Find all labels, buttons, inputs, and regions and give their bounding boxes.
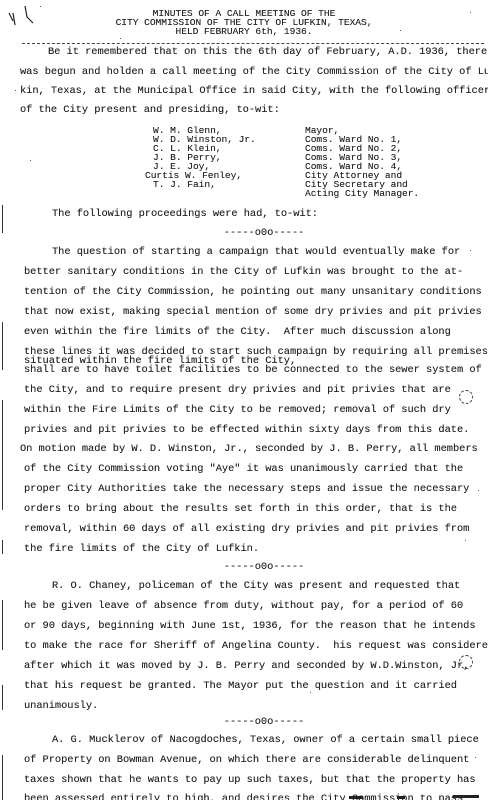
- scan-smudge: [397, 796, 405, 799]
- scan-margin-bar: [2, 400, 3, 510]
- scan-margin-bar: [2, 600, 3, 650]
- paragraph-line: that now exist, making special mention o…: [24, 306, 482, 318]
- paragraph-line: shall are to have toilet facilities to b…: [24, 364, 482, 376]
- proceedings-intro: The following proceedings were had, to-w…: [52, 208, 318, 220]
- paragraph-line: of Property on Bowman Avenue, on which t…: [24, 754, 469, 766]
- punch-hole-icon: [459, 655, 473, 669]
- scan-margin-bar: [2, 540, 3, 554]
- opening-paragraph-line: of the City present and presiding, to-wi…: [20, 104, 280, 116]
- paragraph-line: to make the race for Sheriff of Angelina…: [24, 640, 488, 652]
- paragraph-line: The question of starting a campaign that…: [52, 246, 460, 258]
- paragraph-line: even within the fire limits of the City.…: [24, 326, 451, 338]
- paragraph-line: that his request be granted. The Mayor p…: [24, 680, 457, 692]
- paragraph-line: taxes shown that he wants to pay up such…: [24, 774, 476, 786]
- paragraph-line: R. O. Chaney, policeman of the City was …: [52, 580, 460, 592]
- paragraph-line: removal, within 60 days of all existing …: [24, 523, 469, 535]
- scan-speck: [15, 90, 16, 91]
- paragraph-line: A. G. Mucklerov of Nacogdoches, Texas, o…: [52, 734, 479, 746]
- scan-speck: [30, 160, 31, 161]
- opening-paragraph-line: Be it remembered that on this the 6th da…: [48, 46, 487, 58]
- scan-smudge: [453, 795, 479, 798]
- scan-margin-bar: [2, 322, 3, 370]
- section-separator: -----o0o-----: [0, 561, 488, 573]
- paragraph-line: within the Fire Limits of the City to be…: [24, 404, 451, 416]
- officer-title: Acting City Manager.: [305, 188, 419, 200]
- scan-margin-bar: [2, 205, 3, 233]
- paragraph-line: privies and pit privies to be effected w…: [24, 424, 469, 436]
- section-separator: -----o0o-----: [0, 716, 488, 728]
- scan-speck: [120, 38, 121, 39]
- paragraph-line: after which it was moved by J. B. Perry …: [24, 660, 469, 672]
- paragraph-line: of the City Commission voting "Aye" it w…: [24, 463, 463, 475]
- officer-name: T. J. Fain,: [153, 179, 216, 191]
- header-divider: [22, 43, 484, 44]
- scan-speck: [470, 250, 471, 251]
- paragraph-line: unanimously.: [24, 700, 98, 712]
- paragraph-line: proper City Authorities take the necessa…: [24, 483, 469, 495]
- paragraph-line: the City, and to require present dry pri…: [24, 384, 451, 396]
- document-title-line-3: HELD FEBRUARY 6th, 1936.: [0, 26, 488, 38]
- scan-speck: [400, 30, 401, 31]
- scan-speck: [475, 757, 476, 758]
- scan-speck: [310, 692, 311, 693]
- scan-smudge: [349, 796, 363, 799]
- paragraph-line: better sanitary conditions in the City o…: [24, 266, 463, 278]
- paragraph-line: he be given leave of absence from duty, …: [24, 600, 463, 612]
- opening-paragraph-line: kin, Texas, at the Municipal Office in s…: [20, 85, 488, 97]
- scan-margin-bar: [2, 755, 3, 800]
- paragraph-line: the fire limits of the City of Lufkin.: [24, 543, 259, 555]
- scan-margin-bar: [2, 685, 3, 710]
- opening-paragraph-line: was begun and holden a call meeting of t…: [20, 66, 488, 78]
- section-separator: -----o0o-----: [0, 227, 488, 239]
- scan-speck: [40, 6, 41, 7]
- paragraph-line: tention of the City Commission, he point…: [24, 286, 482, 298]
- punch-hole-icon: [459, 390, 473, 404]
- scan-speck: [465, 540, 466, 541]
- document-page: MINUTES OF A CALL MEETING OF THE CITY CO…: [0, 0, 488, 800]
- scan-speck: [478, 490, 479, 491]
- scan-speck: [470, 12, 471, 13]
- paragraph-line: or 90 days, beginning with June 1st, 193…: [24, 620, 476, 632]
- paragraph-line: On motion made by W. D. Winston, Jr., se…: [20, 443, 478, 455]
- paragraph-line: orders to bring about the results set fo…: [24, 503, 457, 515]
